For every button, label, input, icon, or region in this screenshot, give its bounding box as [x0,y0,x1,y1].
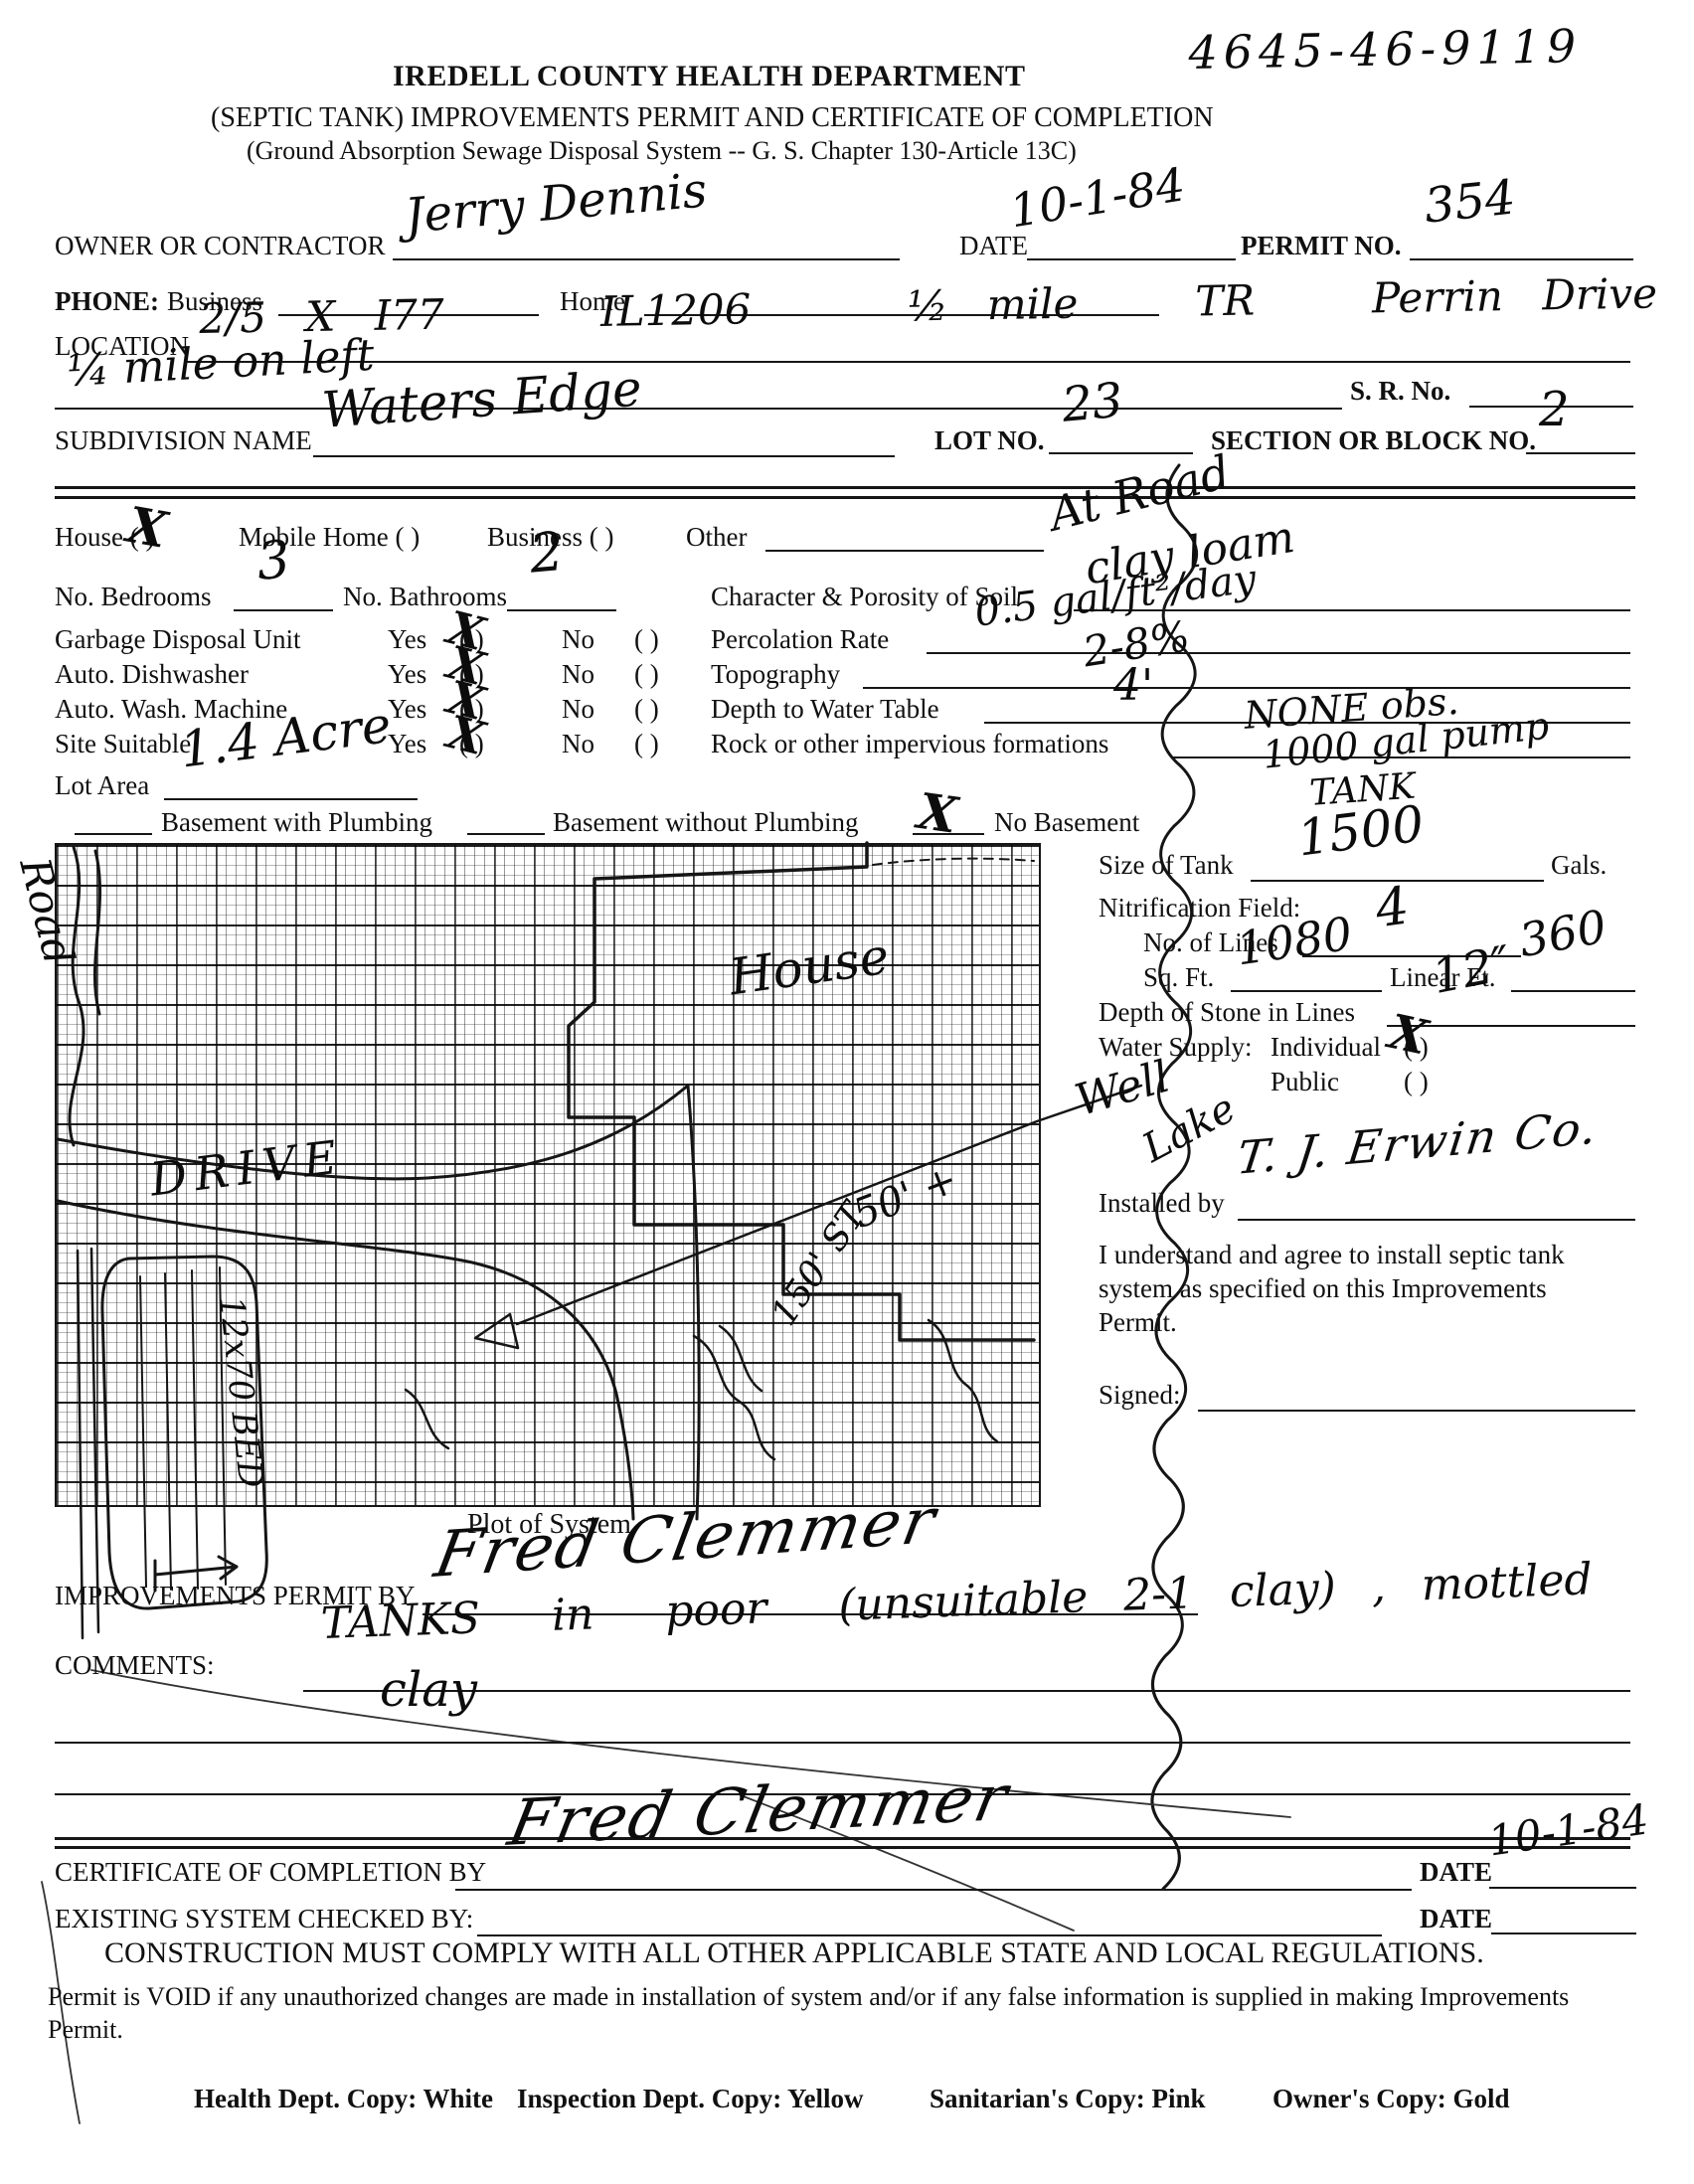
no-basement-check-x: X [915,781,961,845]
individual-label: Individual [1270,1032,1381,1063]
lot-no-value: 23 [1060,373,1125,433]
public-label: Public [1270,1067,1339,1097]
linear-ft-value: 360 [1515,900,1610,967]
sr-no-label: S. R. No. [1350,376,1450,407]
topography-label: Topography [711,659,840,690]
date-value: 10-1-84 [1006,157,1189,238]
percolation-label: Percolation Rate [711,624,889,655]
form-line [863,687,1630,689]
form-line [1526,452,1635,454]
yes-label: Yes [388,694,426,725]
no-of-lines-value: 4 [1372,876,1413,939]
crease-marks [42,1670,1290,2123]
no-paren: ( ) [634,624,659,655]
file-number-handwritten: 4645-46-9119 [1188,19,1583,80]
other-label: Other [686,522,747,553]
public-paren: ( ) [1404,1067,1429,1097]
section-label: SECTION OR BLOCK NO. [1211,425,1536,456]
sqft-label: Sq. Ft. [1143,962,1214,993]
divider-line [55,1846,1630,1849]
copy-inspection-dept: Inspection Dept. Copy: Yellow [517,2084,864,2114]
no-paren: ( ) [634,694,659,725]
yes-label: Yes [388,729,426,759]
lot-area-label: Lot Area [55,770,149,801]
no-label: No [562,659,594,690]
phone-label: PHONE: [55,286,159,317]
copy-sanitarian: Sanitarian's Copy: Pink [930,2084,1206,2114]
form-line [467,833,545,835]
certificate-date-value: 10-1-84 [1485,1794,1651,1865]
bedrooms-value: 3 [254,530,292,592]
form-line [234,609,333,611]
tank-size-label: Size of Tank [1099,850,1234,881]
yes-label: Yes [388,624,426,655]
rock-formations-label: Rock or other impervious formations [711,729,1108,759]
comments-value-line2: clay [380,1662,477,1718]
installed-by-value: T. J. Erwin Co. [1234,1100,1602,1185]
basement-with-label: Basement with Plumbing [161,807,432,838]
form-line [55,408,1342,410]
form-line [393,258,900,260]
form-line [1410,258,1633,260]
bedrooms-label: No. Bedrooms [55,582,212,612]
stone-depth-label: Depth of Stone in Lines [1099,997,1355,1028]
form-line [184,361,1630,363]
copy-owner: Owner's Copy: Gold [1272,2084,1510,2114]
signed-label: Signed: [1099,1380,1181,1411]
form-line [164,798,418,800]
existing-date-label: DATE [1420,1904,1492,1934]
owner-label: OWNER OR CONTRACTOR [55,231,386,261]
well-note: Well [1070,1052,1175,1126]
yes-label: Yes [388,659,426,690]
comments-label: COMMENTS: [55,1650,215,1681]
bathrooms-value: 2 [527,520,567,586]
form-line [1511,990,1635,992]
form-line [1489,1887,1636,1889]
form-line [303,1690,1630,1692]
water-table-value: 4' [1113,660,1153,711]
basement-without-label: Basement without Plumbing [553,807,859,838]
certificate-date-label: DATE [1420,1857,1492,1888]
gals-label: Gals. [1551,850,1607,881]
form-line [1238,1219,1635,1221]
no-basement-label: No Basement [994,807,1139,838]
divider-line [55,486,1635,489]
form-line [927,652,1630,654]
installed-by-label: Installed by [1099,1188,1225,1219]
form-line [1198,1410,1635,1412]
no-label: No [562,624,594,655]
existing-system-label: EXISTING SYSTEM CHECKED BY: [55,1904,473,1934]
site-suitable-label: Site Suitable [55,729,191,759]
subdivision-label: SUBDIVISION NAME [55,425,312,456]
dishwasher-label: Auto. Dishwasher [55,659,249,690]
crease-line [1152,465,1197,1889]
scanned-permit-form: IREDELL COUNTY HEALTH DEPARTMENT 4645-46… [0,0,1694,2184]
form-line [313,455,895,457]
owner-value: Jerry Dennis [403,162,709,244]
certificate-label: CERTIFICATE OF COMPLETION BY [55,1857,486,1888]
form-line [765,550,1044,552]
form-line [1231,990,1382,992]
no-label: No [562,729,594,759]
department-title: IREDELL COUNTY HEALTH DEPARTMENT [393,60,1025,93]
form-subtitle: (Ground Absorption Sewage Disposal Syste… [247,136,1077,166]
section-value: 2 [1539,382,1570,437]
permit-no-value: 354 [1422,169,1518,234]
form-line [55,1742,1630,1744]
soil-label: Character & Porosity of Soil [711,582,1018,612]
form-line [507,609,616,611]
no-paren: ( ) [634,659,659,690]
agreement-text: I understand and agree to install septic… [1099,1238,1615,1339]
form-line [1027,258,1236,260]
copy-health-dept: Health Dept. Copy: White [194,2084,493,2114]
water-table-label: Depth to Water Table [711,694,939,725]
form-line [75,833,152,835]
form-line [455,1889,1412,1891]
void-statement: Permit is VOID if any unauthorized chang… [48,1980,1609,2046]
divider-line [55,496,1635,499]
location-value-line1: 2/5 X I77 IL1206 ½ mile TR Perrin Drive [199,268,1657,343]
water-supply-label: Water Supply: [1099,1032,1253,1063]
house-check-x: X [123,495,171,560]
stone-depth-value: 12″ [1428,935,1515,1005]
garbage-disposal-label: Garbage Disposal Unit [55,624,300,655]
no-label: No [562,694,594,725]
form-line [1491,1932,1636,1934]
no-paren: ( ) [634,729,659,759]
form-title: (SEPTIC TANK) IMPROVEMENTS PERMIT AND CE… [211,102,1214,134]
form-line [1049,452,1193,454]
permit-no-label: PERMIT NO. [1241,231,1402,261]
compliance-statement: CONSTRUCTION MUST COMPLY WITH ALL OTHER … [104,1936,1484,1970]
lot-no-label: LOT NO. [934,425,1045,456]
